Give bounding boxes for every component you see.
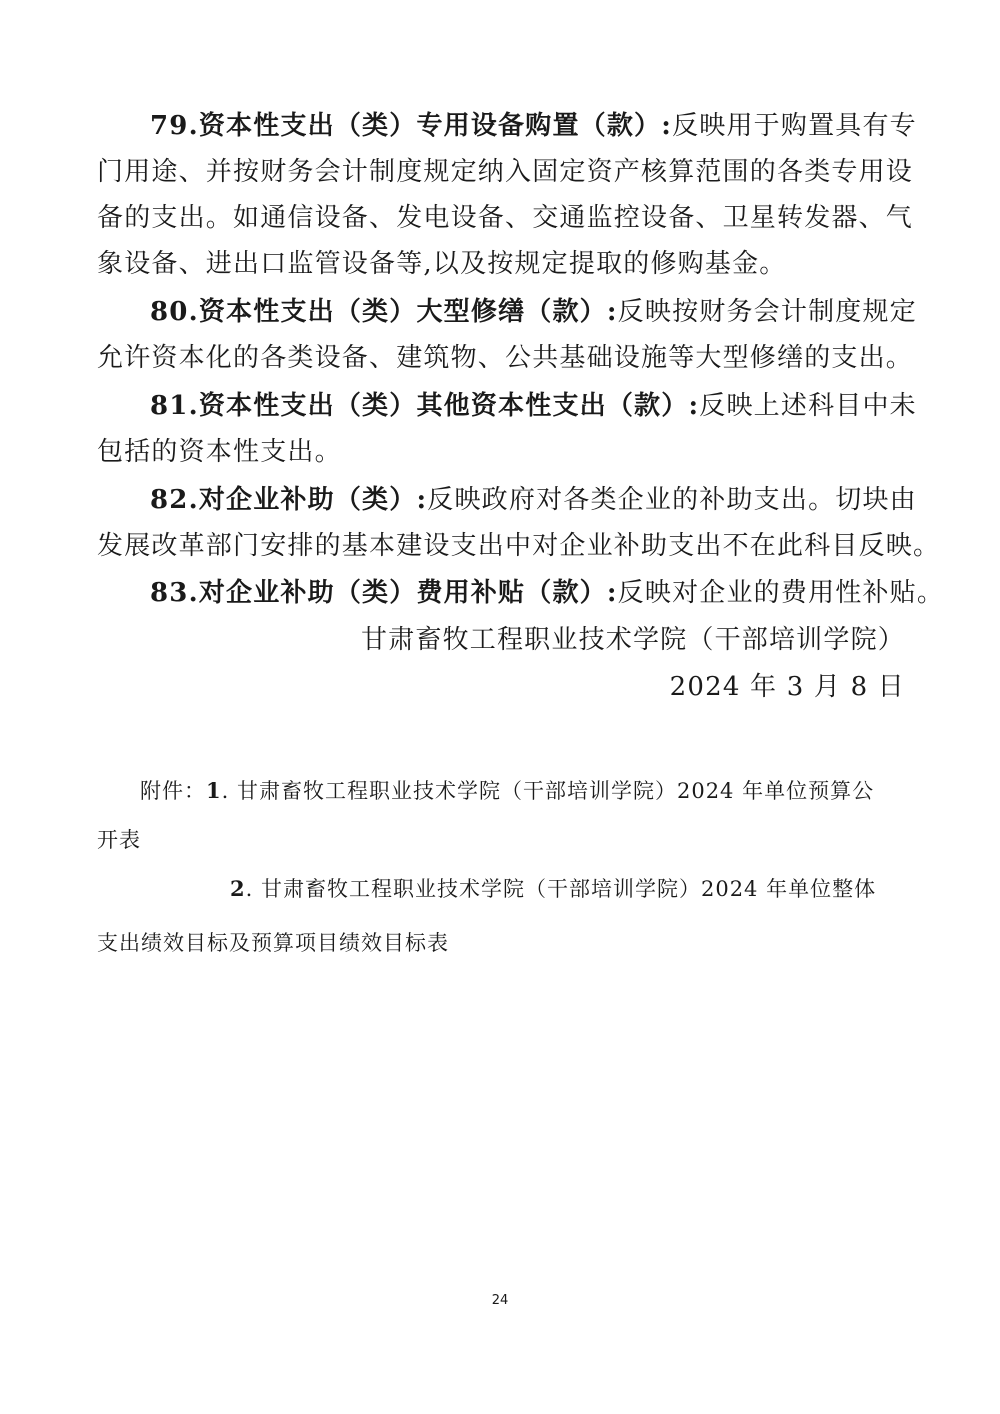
item-81-number: 81. xyxy=(150,391,199,421)
attachment-2-line-1: 2. 甘肃畜牧工程职业技术学院（干部培训学院）2024 年单位整体 xyxy=(230,873,905,905)
item-82-number: 82. xyxy=(150,485,199,515)
item-80-line-1: 80.资本性支出（类）大型修缮（款）:反映按财务会计制度规定 xyxy=(150,296,905,328)
attachment-2-line-2: 支出绩效目标及预算项目绩效目标表 xyxy=(97,927,905,959)
item-79-line-4: 象设备、进出口监管设备等,以及按规定提取的修购基金。 xyxy=(97,248,905,280)
item-82-heading: 对企业补助（类） xyxy=(199,485,417,515)
item-80-line-2: 允许资本化的各类设备、建筑物、公共基础设施等大型修缮的支出。 xyxy=(97,342,905,374)
item-79-line-2: 门用途、并按财务会计制度规定纳入固定资产核算范围的各类专用设 xyxy=(97,156,905,188)
item-80-heading: 资本性支出（类）大型修缮（款） xyxy=(199,297,607,327)
attachment-label: 附件： xyxy=(140,779,206,803)
signature-organization: 甘肃畜牧工程职业技术学院（干部培训学院） xyxy=(97,624,905,656)
item-83-number: 83. xyxy=(150,578,199,608)
signature-date: 2024 年 3 月 8 日 xyxy=(97,671,905,703)
item-82-line-1: 82.对企业补助（类）:反映政府对各类企业的补助支出。切块由 xyxy=(150,484,905,516)
item-81-heading: 资本性支出（类）其他资本性支出（款） xyxy=(199,391,689,421)
item-79-number: 79. xyxy=(150,111,199,141)
item-83-line-1: 83.对企业补助（类）费用补贴（款）:反映对企业的费用性补贴。 xyxy=(150,577,905,609)
attachment-1-line-1: 附件：1. 甘肃畜牧工程职业技术学院（干部培训学院）2024 年单位预算公 xyxy=(140,775,905,807)
item-83-heading: 对企业补助（类）费用补贴（款） xyxy=(199,578,607,608)
item-82-line-2: 发展改革部门安排的基本建设支出中对企业补助支出不在此科目反映。 xyxy=(97,530,905,562)
item-80-number: 80. xyxy=(150,297,199,327)
item-79-line-3: 备的支出。如通信设备、发电设备、交通监控设备、卫星转发器、气 xyxy=(97,202,905,234)
item-79-line-1: 79.资本性支出（类）专用设备购置（款）:反映用于购置具有专 xyxy=(150,110,905,142)
document-page: 79.资本性支出（类）专用设备购置（款）:反映用于购置具有专 门用途、并按财务会… xyxy=(0,0,1000,1414)
item-81-line-1: 81.资本性支出（类）其他资本性支出（款）:反映上述科目中未 xyxy=(150,390,905,422)
attachment-1-line-2: 开表 xyxy=(97,824,905,856)
item-79-heading: 资本性支出（类）专用设备购置（款） xyxy=(199,111,661,141)
item-81-line-2: 包括的资本性支出。 xyxy=(97,436,905,468)
page-number: 24 xyxy=(0,1293,1000,1308)
